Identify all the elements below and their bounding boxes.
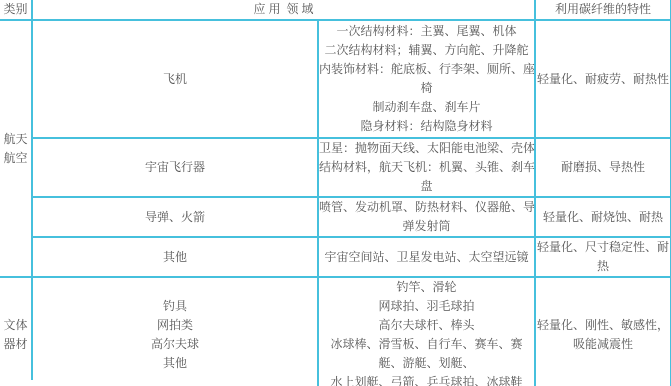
cell-airplane-materials: 一次结构材料：主翼、尾翼、机体 二次结构材料；辅翼、方向舵、升降舵 内装饰材料：…: [318, 20, 535, 138]
carbon-fiber-table-page: 类别 应 用 领 域 利用碳纤维的特性 航天 航空 飞机 一次结构材料：主翼、尾…: [0, 0, 671, 386]
cell-category-sports: 文体 器材: [0, 277, 32, 386]
cell-aerospace-other-application: 其他: [32, 237, 318, 277]
table-row-airplane: 航天 航空 飞机 一次结构材料：主翼、尾翼、机体 二次结构材料；辅翼、方向舵、升…: [0, 20, 671, 138]
table-header-row: 类别 应 用 领 域 利用碳纤维的特性: [0, 0, 671, 20]
cell-missile-characteristics: 轻量化、耐烧蚀、耐热: [535, 197, 671, 237]
table-row-spacecraft: 宇宙飞行器 卫星：抛物面天线、太阳能电池梁、壳体 结构材料，航天飞机：机翼、头锥…: [0, 138, 671, 197]
cell-missile-application: 导弹、火箭: [32, 197, 318, 237]
cell-spacecraft-materials: 卫星：抛物面天线、太阳能电池梁、壳体 结构材料，航天飞机：机翼、头锥、刹车 盘: [318, 138, 535, 197]
cell-missile-materials: 喷管、发动机罩、防热材料、仪器舱、导 弹发射筒: [318, 197, 535, 237]
header-application-field: 应 用 领 域: [32, 0, 535, 20]
screenshot-crop-artifact: [29, 380, 37, 386]
cell-airplane-characteristics: 轻量化、耐疲劳、耐热性: [535, 20, 671, 138]
cell-spacecraft-application: 宇宙飞行器: [32, 138, 318, 197]
table-row-missile-rocket: 导弹、火箭 喷管、发动机罩、防热材料、仪器舱、导 弹发射筒 轻量化、耐烧蚀、耐热: [0, 197, 671, 237]
cell-airplane-application: 飞机: [32, 20, 318, 138]
table-row-aerospace-other: 其他 宇宙空间站、卫星发电站、太空望远镜 轻量化、尺寸稳定性、耐 热: [0, 237, 671, 277]
cell-sports-application: 钓具 网拍类 高尔夫球 其他: [32, 277, 318, 386]
cell-sports-materials: 钓竿、滑轮 网球拍、羽毛球拍 高尔夫球杆、棒头 冰球棒、滑雪板、自行车、赛车、赛…: [318, 277, 535, 386]
cell-sports-characteristics: 轻量化、刚性、敏感性， 吸能减震性: [535, 277, 671, 386]
carbon-fiber-applications-table: 类别 应 用 领 域 利用碳纤维的特性 航天 航空 飞机 一次结构材料：主翼、尾…: [0, 0, 671, 386]
header-category: 类别: [0, 0, 32, 20]
cell-aerospace-other-materials: 宇宙空间站、卫星发电站、太空望远镜: [318, 237, 535, 277]
cell-spacecraft-characteristics: 耐磨损、导热性: [535, 138, 671, 197]
cell-aerospace-other-characteristics: 轻量化、尺寸稳定性、耐 热: [535, 237, 671, 277]
cell-category-aerospace: 航天 航空: [0, 20, 32, 277]
header-characteristics: 利用碳纤维的特性: [535, 0, 671, 20]
table-row-sports-equipment: 文体 器材 钓具 网拍类 高尔夫球 其他 钓竿、滑轮 网球拍、羽毛球拍 高尔夫球…: [0, 277, 671, 386]
